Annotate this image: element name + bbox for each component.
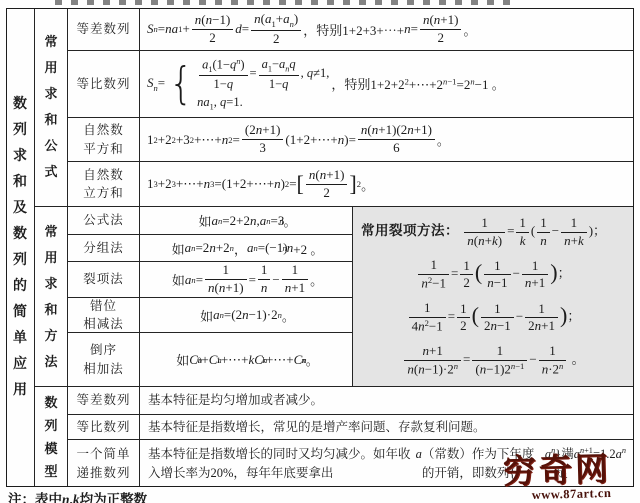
row-label-reverse-add-method: 倒序 相加法 bbox=[68, 333, 140, 387]
desc-model-arithmetic: 基本特征是均匀增加或者减少。 bbox=[140, 387, 634, 415]
section-label: 数列模型 bbox=[43, 391, 60, 483]
row-label-sum-of-squares: 自然数 平方和 bbox=[68, 118, 140, 162]
telescope-line-2: 1n2−1=12(1n−1−1n+1)； bbox=[359, 257, 628, 292]
row-label-geometric-series: 等比数列 bbox=[68, 51, 140, 118]
row-label-model-recursive: 一个简单 递推数列 bbox=[68, 440, 140, 487]
row-label-model-arithmetic: 等差数列 bbox=[68, 387, 140, 415]
formula-telescoping-method: 如an=1n(n+1)=1n−1n+1 。 bbox=[140, 262, 353, 298]
row-label-model-geometric: 等比数列 bbox=[68, 415, 140, 440]
watermark: 穷奇网 www.87art.cn bbox=[502, 442, 639, 503]
section-common-sum-methods: 常用求和方法 bbox=[35, 207, 68, 387]
formula-formula-method: 如an=2+2n, an=3n 。 bbox=[140, 207, 353, 235]
row-label-telescoping-method: 裂项法 bbox=[68, 262, 140, 298]
cases-prefix: Sn= bbox=[147, 75, 165, 93]
row-label-arithmetic-series: 等差数列 bbox=[68, 8, 140, 51]
formula-sum-of-cubes: 13+23+⋯+n3=(1+2+⋯+n)2=[n(n+1)2]2 。 bbox=[140, 162, 634, 207]
row-label-formula-method: 公式法 bbox=[68, 207, 140, 235]
section-common-sum-formulas: 常用求和公式 bbox=[35, 8, 68, 207]
cases-brace: { bbox=[169, 64, 193, 104]
cases-stack: a1(1−qn)1−q=a1−anq1−q, q≠1, na1, q=1. bbox=[197, 56, 329, 112]
case-q-equals-1: na1, q=1. bbox=[197, 95, 329, 112]
formula-geometric-series: Sn= { a1(1−qn)1−q=a1−anq1−q, q≠1, na1, q… bbox=[140, 51, 634, 118]
reference-table-page: 数列求和及数列的简单应用 常用求和公式 常用求和方法 数列模型 等差数列 Sn=… bbox=[0, 0, 640, 503]
desc-model-geometric: 基本特征是指数增长，常见的是增产率问题、存款复利问题。 bbox=[140, 415, 634, 440]
formula-arithmetic-series: Sn=na1+n(n−1)2d=n(a1+an)2 ，特别1+2+3+⋯+n=n… bbox=[140, 8, 634, 51]
telescope-box-title: 常用裂项方法： bbox=[361, 223, 459, 238]
telescope-line-3: 14n2−1=12(12n−1−12n+1)； bbox=[359, 300, 628, 335]
formula-reverse-add-method: 如Cn0+Cn1+⋯+kCnk+⋯+Cnn 。 bbox=[140, 333, 353, 387]
row-label-grouping-method: 分组法 bbox=[68, 235, 140, 262]
telescoping-methods-box: 常用裂项方法： 1n(n+k)=1k(1n−1n+k)； 1n2−1=12(1n… bbox=[353, 207, 634, 387]
main-label: 数列求和及数列的简单应用 bbox=[12, 92, 29, 404]
row-label-shift-subtract-method: 错位 相减法 bbox=[68, 298, 140, 333]
table-main-label-cell: 数列求和及数列的简单应用 bbox=[6, 8, 35, 487]
cases-tail: ，特别1+2+22+⋯+2n−1=2n−1 。 bbox=[331, 74, 504, 93]
footnote: 注：表中n,k均为正整数 bbox=[8, 488, 147, 503]
formula-sum-of-squares: 12+22+32+⋯+n2=(2n+1)3(1+2+⋯+n)=n(n+1)(2n… bbox=[140, 118, 634, 162]
geometric-cases: Sn= { a1(1−qn)1−q=a1−anq1−q, q≠1, na1, q… bbox=[147, 56, 505, 112]
section-label: 常用求和公式 bbox=[43, 29, 60, 185]
telescope-line-4: n+1n(n−1)·2n=1(n−1)2n−1−1n·2n 。 bbox=[359, 343, 628, 378]
case-q-not-1: a1(1−qn)1−q=a1−anq1−q, q≠1, bbox=[197, 56, 329, 92]
telescope-line-1: 常用裂项方法： 1n(n+k)=1k(1n−1n+k)； bbox=[359, 215, 628, 249]
formula-grouping-method: 如an=2n+2n ， an=(−1)nn+2 。 bbox=[140, 235, 353, 262]
section-label: 常用求和方法 bbox=[43, 219, 60, 375]
row-label-sum-of-cubes: 自然数 立方和 bbox=[68, 162, 140, 207]
section-sequence-models: 数列模型 bbox=[35, 387, 68, 487]
cropped-text-remnant bbox=[55, 0, 510, 5]
formula-shift-subtract-method: 如an=(2n−1)·2n 。 bbox=[140, 298, 353, 333]
